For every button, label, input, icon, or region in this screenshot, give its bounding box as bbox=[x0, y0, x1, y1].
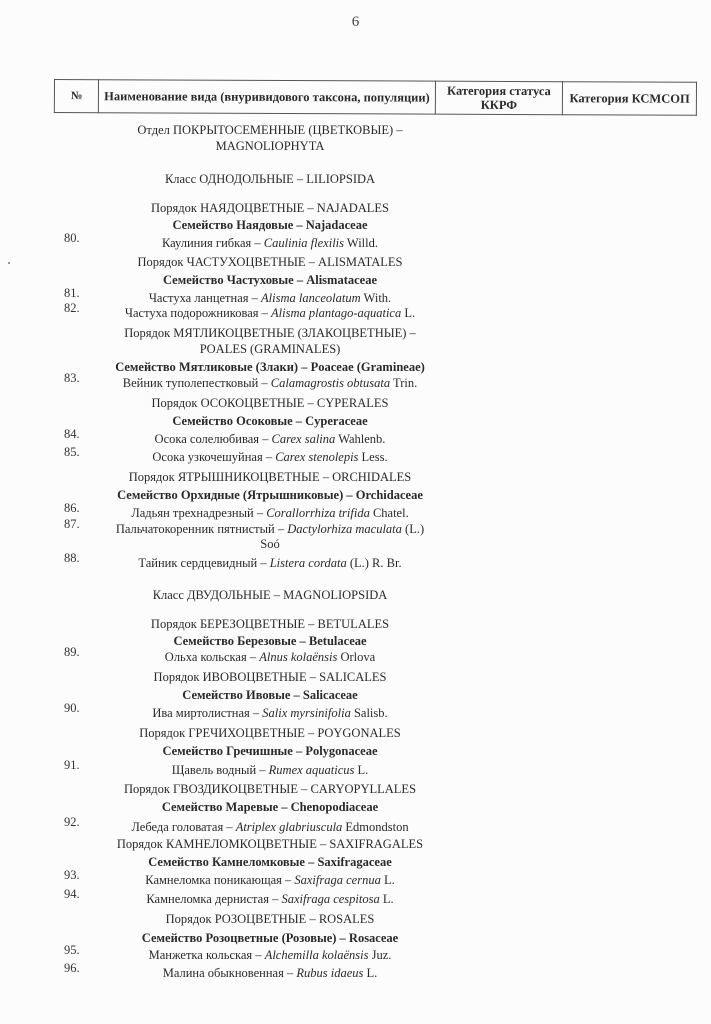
species-russian-name: Осока солелюбивая – bbox=[155, 432, 272, 446]
species-author: L. bbox=[381, 873, 395, 887]
species-latin-name: Dactylorhiza maculata bbox=[287, 522, 402, 536]
species-author: Less. bbox=[358, 450, 387, 464]
family-heading: Семейство Осоковые – Cyperaceae bbox=[60, 414, 480, 429]
species-latin-name: Salix myrsinifolia bbox=[262, 706, 351, 720]
page-number: 6 bbox=[0, 14, 711, 31]
species-russian-name: Каулиния гибкая – bbox=[162, 236, 264, 250]
family-heading: Семейство Мятликовые (Злаки) – Poaceae (… bbox=[60, 360, 480, 375]
species-latin-name: Corallorrhiza trifida bbox=[266, 506, 370, 520]
species-author: L. bbox=[401, 306, 415, 320]
family-heading: Семейство Орхидные (Ятрышниковые) – Orch… bbox=[60, 488, 480, 503]
species-russian-name: Щавель водный – bbox=[172, 763, 269, 777]
species-russian-name: Частуха ланцетная – bbox=[149, 291, 261, 305]
header-num: № bbox=[54, 80, 99, 113]
species-entry: Камнеломка дернистая – Saxifraga cespito… bbox=[60, 892, 480, 907]
species-russian-name: Вейник туполепестковый – bbox=[123, 376, 271, 390]
species-latin-name: Caulinia flexilis bbox=[264, 236, 344, 250]
order-heading: Порядок ИВОВОЦВЕТНЫЕ – SALICALES bbox=[60, 670, 480, 685]
species-russian-name: Камнеломка дернистая – bbox=[146, 892, 281, 906]
species-entry: Малина обыкновенная – Rubus idaeus L. bbox=[60, 966, 480, 981]
family-heading: Семейство Частуховые – Alismataceae bbox=[60, 273, 480, 288]
division-heading: MAGNOLIOPHYTA bbox=[60, 139, 480, 154]
species-author: Trin. bbox=[390, 376, 417, 390]
species-latin-name: Carex stenolepis bbox=[275, 450, 358, 464]
scan-artifact bbox=[8, 262, 10, 264]
species-latin-name: Saxifraga cernua bbox=[294, 873, 380, 887]
species-latin-name: Listera cordata bbox=[270, 556, 347, 570]
species-entry: Осока солелюбивая – Carex salina Wahlenb… bbox=[60, 432, 480, 447]
species-latin-name: Carex salina bbox=[272, 432, 336, 446]
species-author: L. bbox=[363, 966, 377, 980]
species-latin-name: Calamagrostis obtusata bbox=[271, 376, 390, 390]
species-russian-name: Частуха подорожниковая – bbox=[125, 306, 271, 320]
order-heading: Порядок ЯТРЫШНИКОЦВЕТНЫЕ – ORCHIDALES bbox=[60, 470, 480, 485]
species-entry: Щавель водный – Rumex aquaticus L. bbox=[60, 763, 480, 778]
species-russian-name: Малина обыкновенная – bbox=[163, 966, 297, 980]
species-latin-name: Alchemilla kolaënsis bbox=[265, 948, 369, 962]
order-heading: Порядок БЕРЕЗОЦВЕТНЫЕ – BETULALES bbox=[60, 617, 480, 632]
species-entry: Вейник туполепестковый – Calamagrostis o… bbox=[60, 376, 480, 391]
species-latin-name: Alnus kolaënsis bbox=[259, 650, 337, 664]
species-russian-name: Лебеда головатая – bbox=[131, 820, 235, 834]
species-russian-name: Осока узкочешуйная – bbox=[152, 450, 275, 464]
species-author: Chatel. bbox=[370, 506, 409, 520]
species-author: Willd. bbox=[344, 236, 378, 250]
header-status-kkrf: Категория статуса ККРФ bbox=[435, 81, 563, 115]
family-heading: Семейство Ивовые – Salicaceae bbox=[60, 688, 480, 703]
family-heading: Семейство Гречишные – Polygonaceae bbox=[60, 744, 480, 759]
species-author: Orlova bbox=[337, 650, 375, 664]
order-heading: Порядок ОСОКОЦВЕТНЫЕ – CYPERALES bbox=[60, 396, 480, 411]
species-entry: Пальчатокоренник пятнистый – Dactylorhiz… bbox=[60, 522, 480, 537]
species-author: (L.) bbox=[402, 522, 424, 536]
species-russian-name: Ива миртолистная – bbox=[152, 706, 262, 720]
continuation-heading: Soó bbox=[60, 537, 480, 552]
species-entry: Ладьян трехнадрезный – Corallorrhiza tri… bbox=[60, 506, 480, 521]
species-entry: Тайник сердцевидный – Listera cordata (L… bbox=[60, 556, 480, 571]
species-author: Salisb. bbox=[351, 706, 388, 720]
class-heading: Класс ОДНОДОЛЬНЫЕ – LILIOPSIDA bbox=[60, 172, 480, 187]
table-header: № Наименование вида (внуривидового таксо… bbox=[54, 79, 697, 116]
species-entry: Ива миртолистная – Salix myrsinifolia Sa… bbox=[60, 706, 480, 721]
species-russian-name: Тайник сердцевидный – bbox=[138, 556, 269, 570]
species-latin-name: Alisma lanceolatum bbox=[261, 291, 361, 305]
family-heading: Семейство Наядовые – Najadaceae bbox=[60, 218, 480, 233]
species-author: Juz. bbox=[368, 948, 391, 962]
order-heading: Порядок ГРЕЧИХОЦВЕТНЫЕ – POYGONALES bbox=[60, 726, 480, 741]
class-heading: Класс ДВУДОЛЬНЫЕ – MAGNOLIOPSIDA bbox=[60, 588, 480, 603]
header-species-name: Наименование вида (внуривидового таксона… bbox=[99, 80, 435, 114]
order-heading: Порядок КАМНЕЛОМКОЦВЕТНЫЕ – SAXIFRAGALES bbox=[60, 837, 480, 852]
species-author: L. bbox=[380, 892, 394, 906]
division-heading: Отдел ПОКРЫТОСЕМЕННЫЕ (ЦВЕТКОВЫЕ) – bbox=[60, 123, 480, 138]
header-status-ksmsop: Категория КСМСОП bbox=[563, 82, 697, 116]
species-author: With. bbox=[361, 291, 392, 305]
species-russian-name: Пальчатокоренник пятнистый – bbox=[116, 522, 287, 536]
species-author: Edmondston bbox=[342, 820, 408, 834]
species-latin-name: Alisma plantago-aquatica bbox=[271, 306, 401, 320]
species-entry: Осока узкочешуйная – Carex stenolepis Le… bbox=[60, 450, 480, 465]
order-heading: Порядок ГВОЗДИКОЦВЕТНЫЕ – CARYOPYLLALES bbox=[60, 782, 480, 797]
order-heading: Порядок МЯТЛИКОЦВЕТНЫЕ (ЗЛАКОЦВЕТНЫЕ) – bbox=[60, 326, 480, 341]
species-latin-name: Rubus idaeus bbox=[296, 966, 363, 980]
family-heading: Семейство Розоцветные (Розовые) – Rosace… bbox=[60, 931, 480, 946]
species-latin-name: Rumex aquaticus bbox=[269, 763, 355, 777]
species-author: L. bbox=[354, 763, 368, 777]
species-author: (L.) R. Br. bbox=[347, 556, 402, 570]
species-entry: Манжетка кольская – Alchemilla kolaënsis… bbox=[60, 948, 480, 963]
species-russian-name: Ладьян трехнадрезный – bbox=[131, 506, 266, 520]
species-entry: Ольха кольская – Alnus kolaënsis Orlova bbox=[60, 650, 480, 665]
order-heading: Порядок НАЯДОЦВЕТНЫЕ – NAJADALES bbox=[60, 201, 480, 216]
species-russian-name: Ольха кольская – bbox=[165, 650, 259, 664]
species-entry: Лебеда головатая – Atriplex glabriuscula… bbox=[60, 820, 480, 835]
species-russian-name: Манжетка кольская – bbox=[149, 948, 265, 962]
family-heading: Семейство Березовые – Betulaceae bbox=[60, 634, 480, 649]
family-heading: Семейство Камнеломковые – Saxifragaceae bbox=[60, 855, 480, 870]
species-russian-name: Камнеломка поникающая – bbox=[145, 873, 294, 887]
species-entry: Каулиния гибкая – Caulinia flexilis Will… bbox=[60, 236, 480, 251]
species-latin-name: Atriplex glabriuscula bbox=[236, 820, 343, 834]
species-latin-name: Saxifraga cespitosa bbox=[281, 892, 379, 906]
order-heading: Порядок РОЗОЦВЕТНЫЕ – ROSALES bbox=[60, 912, 480, 927]
order-heading: POALES (GRAMINALES) bbox=[60, 342, 480, 357]
family-heading: Семейство Маревые – Chenopodiaceae bbox=[60, 800, 480, 815]
order-heading: Порядок ЧАСТУХОЦВЕТНЫЕ – ALISMATALES bbox=[60, 255, 480, 270]
species-entry: Камнеломка поникающая – Saxifraga cernua… bbox=[60, 873, 480, 888]
species-entry: Частуха подорожниковая – Alisma plantago… bbox=[60, 306, 480, 321]
species-author: Wahlenb. bbox=[335, 432, 385, 446]
species-entry: Частуха ланцетная – Alisma lanceolatum W… bbox=[60, 291, 480, 306]
